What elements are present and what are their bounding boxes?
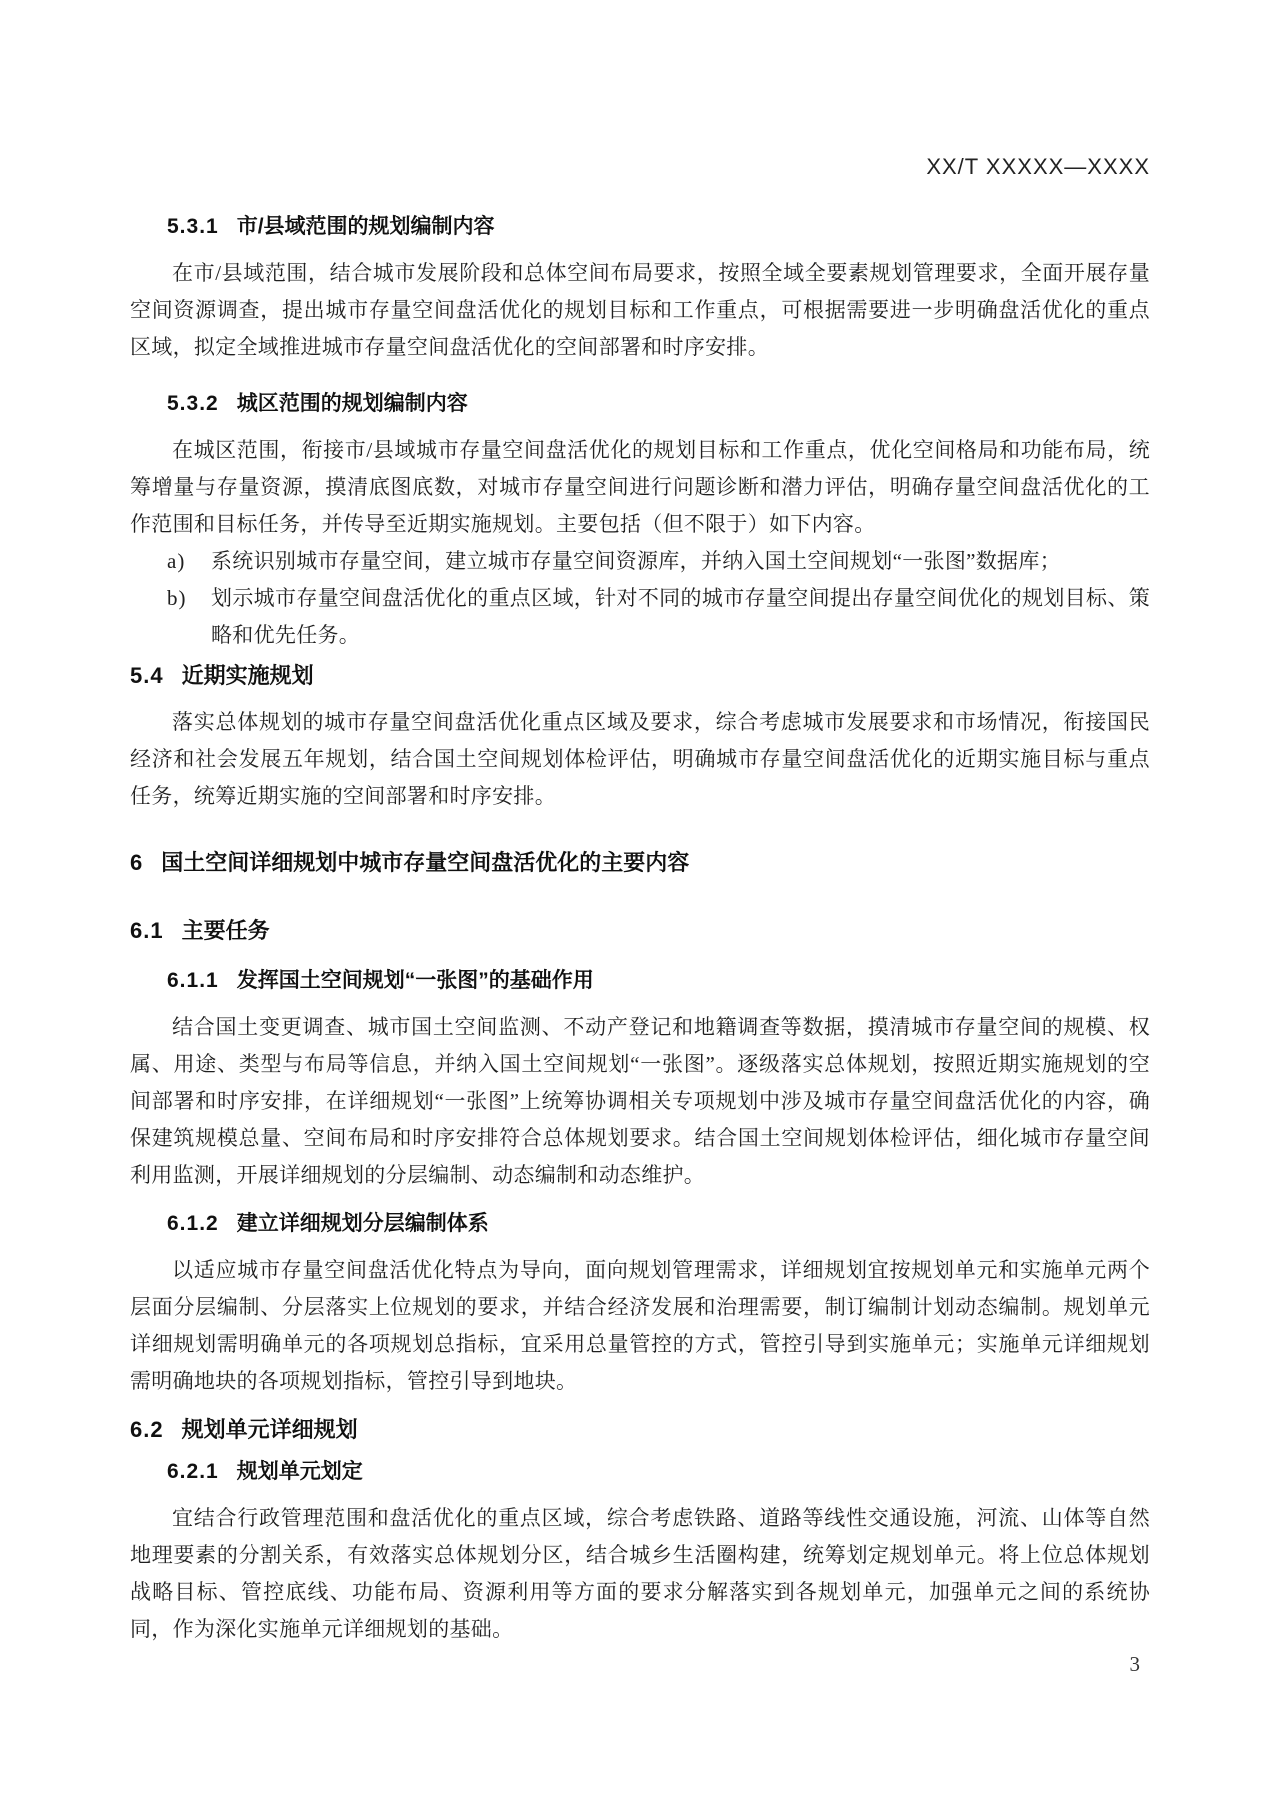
paragraph-6-1-1: 结合国土变更调查、城市国土空间监测、不动产登记和地籍调查等数据，摸清城市存量空间…: [130, 1009, 1150, 1194]
heading-5-4: 5.4近期实施规划: [130, 662, 1150, 690]
heading-5-3-2: 5.3.2城区范围的规划编制内容: [167, 390, 1150, 418]
heading-number: 6.1.1: [167, 969, 219, 992]
list-item-text: 系统识别城市存量空间，建立城市存量空间资源库，并纳入国土空间规划“一张图”数据库…: [211, 543, 1150, 580]
heading-number: 6.1: [130, 918, 164, 943]
list-marker: a): [167, 543, 211, 580]
list-item-a: a) 系统识别城市存量空间，建立城市存量空间资源库，并纳入国土空间规划“一张图”…: [167, 543, 1150, 580]
paragraph-6-2-1: 宜结合行政管理范围和盘活优化的重点区域，综合考虑铁路、道路等线性交通设施，河流、…: [130, 1500, 1150, 1648]
heading-title: 建立详细规划分层编制体系: [237, 1212, 489, 1235]
ordered-list-5-3-2: a) 系统识别城市存量空间，建立城市存量空间资源库，并纳入国土空间规划“一张图”…: [167, 543, 1150, 654]
heading-title: 发挥国土空间规划“一张图”的基础作用: [237, 969, 594, 992]
heading-title: 主要任务: [182, 918, 270, 943]
paragraph-5-4: 落实总体规划的城市存量空间盘活优化重点区域及要求，综合考虑城市发展要求和市场情况…: [130, 704, 1150, 815]
page-number: 3: [1130, 1652, 1141, 1677]
heading-number: 6.2.1: [167, 1460, 219, 1483]
paragraph-6-1-2: 以适应城市存量空间盘活优化特点为导向，面向规划管理需求，详细规划宜按规划单元和实…: [130, 1252, 1150, 1400]
paragraph-5-3-2: 在城区范围，衔接市/县域城市存量空间盘活优化的规划目标和工作重点，优化空间格局和…: [130, 432, 1150, 543]
heading-title: 规划单元划定: [237, 1460, 363, 1483]
heading-number: 6.2: [130, 1417, 164, 1442]
heading-number: 5.3.2: [167, 392, 219, 415]
heading-title: 国土空间详细规划中城市存量空间盘活优化的主要内容: [161, 850, 689, 875]
heading-6: 6国土空间详细规划中城市存量空间盘活优化的主要内容: [130, 849, 1150, 877]
heading-title: 规划单元详细规划: [182, 1417, 358, 1442]
heading-number: 5.3.1: [167, 215, 219, 238]
list-item-text: 划示城市存量空间盘活优化的重点区域，针对不同的城市存量空间提出存量空间优化的规划…: [211, 580, 1150, 654]
heading-6-2: 6.2规划单元详细规划: [130, 1416, 1150, 1444]
heading-6-1: 6.1主要任务: [130, 917, 1150, 945]
paragraph-5-3-1: 在市/县域范围，结合城市发展阶段和总体空间布局要求，按照全域全要素规划管理要求，…: [130, 255, 1150, 366]
document-content: XX/T XXXXX—XXXX 5.3.1市/县域范围的规划编制内容 在市/县域…: [0, 0, 1280, 1648]
heading-6-1-2: 6.1.2建立详细规划分层编制体系: [167, 1210, 1150, 1238]
heading-title: 市/县域范围的规划编制内容: [237, 215, 495, 238]
heading-number: 5.4: [130, 663, 164, 688]
heading-5-3-1: 5.3.1市/县域范围的规划编制内容: [167, 213, 1150, 241]
standard-code-header: XX/T XXXXX—XXXX: [130, 155, 1150, 179]
document-page: XX/T XXXXX—XXXX 5.3.1市/县域范围的规划编制内容 在市/县域…: [0, 0, 1280, 1809]
heading-number: 6: [130, 850, 143, 875]
heading-title: 近期实施规划: [182, 663, 314, 688]
list-item-b: b) 划示城市存量空间盘活优化的重点区域，针对不同的城市存量空间提出存量空间优化…: [167, 580, 1150, 654]
heading-title: 城区范围的规划编制内容: [237, 392, 468, 415]
heading-6-1-1: 6.1.1发挥国土空间规划“一张图”的基础作用: [167, 967, 1150, 995]
heading-6-2-1: 6.2.1规划单元划定: [167, 1458, 1150, 1486]
heading-number: 6.1.2: [167, 1212, 219, 1235]
list-marker: b): [167, 580, 211, 654]
